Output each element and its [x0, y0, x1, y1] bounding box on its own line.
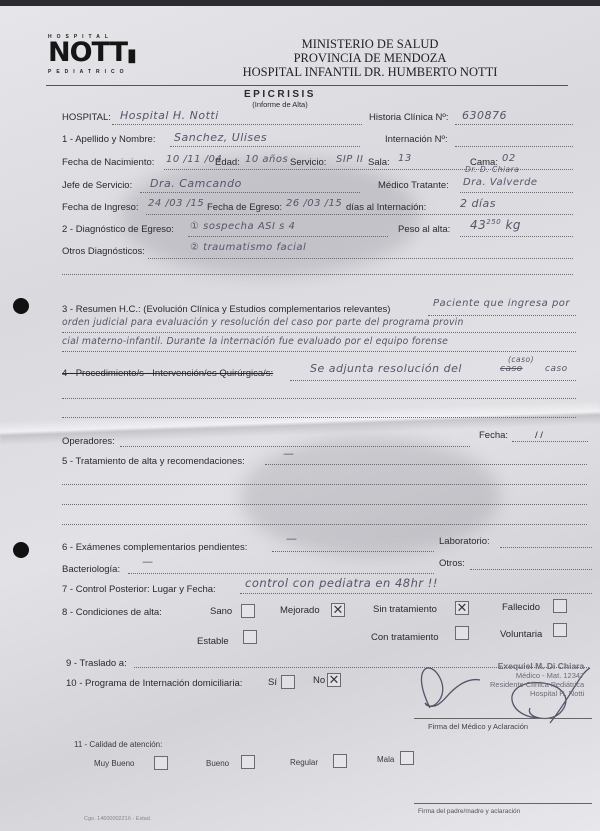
document-page: HOSPITAL NOTT▮ PEDIATRICO MINISTERIO DE …	[0, 6, 600, 831]
medico-field[interactable]: Dra. Valverde	[463, 177, 538, 188]
bueno-label: Bueno	[206, 759, 229, 768]
programa-si-checkbox[interactable]	[281, 675, 295, 689]
condiciones-label: 8 - Condiciones de alta:	[62, 607, 162, 618]
peso-value: 43	[470, 218, 486, 232]
programa-si-label: Sí	[268, 677, 277, 688]
resumen-line-1[interactable]: Paciente que ingresa por	[433, 298, 570, 309]
sin-tratamiento-label: Sin tratamiento	[373, 604, 437, 615]
nacimiento-field[interactable]: 10 /11 /04	[166, 154, 222, 165]
fallecido-checkbox[interactable]	[553, 599, 567, 613]
ministry-line: MINISTERIO DE SALUD	[200, 37, 540, 51]
examenes-line	[272, 551, 434, 552]
parent-signature-line	[414, 803, 592, 804]
control-label: 7 - Control Posterior: Lugar y Fecha:	[62, 584, 216, 595]
estable-checkbox[interactable]	[243, 630, 257, 644]
voluntaria-checkbox[interactable]	[553, 623, 567, 637]
apellido-line	[170, 146, 360, 147]
operadores-label: Operadores:	[62, 436, 115, 447]
tratamiento-line	[265, 464, 587, 465]
blank-line	[62, 524, 587, 525]
institution-header: MINISTERIO DE SALUD PROVINCIA DE MENDOZA…	[200, 37, 540, 79]
sano-checkbox[interactable]	[241, 604, 255, 618]
page-subtitle: (Informe de Alta)	[230, 100, 330, 109]
egreso-label: Fecha de Egreso:	[207, 202, 282, 213]
blank-line	[62, 504, 587, 505]
dias-label: días al Internación:	[346, 202, 426, 213]
apellido-label: 1 - Apellido y Nombre:	[62, 134, 155, 145]
otros-diag-field[interactable]: ② traumatismo facial	[190, 242, 306, 253]
page-title: EPICRISIS	[230, 89, 330, 100]
tratamiento-field[interactable]: —	[283, 447, 295, 460]
fallecido-label: Fallecido	[502, 602, 540, 613]
header-rule	[46, 85, 568, 86]
operadores-line	[120, 446, 470, 447]
mala-label: Mala	[377, 755, 394, 764]
parent-signature-caption: Firma del padre/madre y aclaración	[418, 808, 520, 815]
resumen-dots	[62, 332, 576, 333]
sala-field[interactable]: 13	[398, 153, 412, 164]
regular-checkbox[interactable]	[333, 754, 347, 768]
stamp-line: Residente Clínica Pediátrica	[490, 680, 584, 689]
control-field[interactable]: control con pediatra en 48hr !!	[245, 576, 438, 590]
otros-diag-label: Otros Diagnósticos:	[62, 246, 145, 257]
resumen-line-2[interactable]: orden judicial para evaluación y resoluc…	[62, 317, 464, 328]
peso-line	[460, 236, 573, 237]
jefe-label: Jefe de Servicio:	[62, 180, 132, 191]
edad-field[interactable]: 10 años	[245, 154, 288, 165]
peso-field[interactable]: 43250 kg	[470, 218, 521, 232]
logo-name-text: NOTT	[48, 37, 127, 68]
laboratorio-label: Laboratorio:	[439, 536, 490, 547]
sano-label: Sano	[210, 606, 232, 617]
stamp-line: Hospital H. Notti	[490, 689, 584, 698]
ingreso-field[interactable]: 24 /03 /15	[148, 198, 204, 209]
nacimiento-label: Fecha de Nacimiento:	[62, 157, 154, 168]
procedimiento-label: 4 - Procedimiento/s - Intervención/es Qu…	[62, 368, 273, 379]
otros-line	[470, 569, 592, 570]
bacteriologia-line	[128, 573, 434, 574]
peso-unit: kg	[505, 218, 521, 232]
fecha-label: Fecha:	[479, 430, 508, 441]
programa-label: 10 - Programa de Internación domiciliari…	[66, 678, 242, 689]
jefe-line	[140, 192, 360, 193]
hospital-logo: HOSPITAL NOTT▮ PEDIATRICO	[48, 34, 143, 75]
historia-label: Historia Clínica Nº:	[369, 112, 449, 123]
control-line	[240, 593, 592, 594]
logo-name: NOTT▮	[48, 40, 143, 69]
hospital-label: HOSPITAL:	[62, 112, 111, 123]
mejorado-label: Mejorado	[280, 605, 320, 616]
procedimiento-dots	[290, 380, 576, 381]
doctor-stamp: Exequiel M. Di Chiara Médico - Mat. 1234…	[490, 662, 584, 698]
stamp-line: Exequiel M. Di Chiara	[490, 662, 584, 671]
fecha-field[interactable]: / /	[535, 430, 543, 441]
mala-checkbox[interactable]	[400, 751, 414, 765]
punch-hole	[13, 542, 29, 558]
doctor-signature-line	[414, 718, 592, 719]
calidad-label: 11 - Calidad de atención:	[74, 740, 162, 749]
estable-label: Estable	[197, 636, 229, 647]
diagnostico-field[interactable]: ① sospecha ASI s 4	[190, 221, 295, 232]
diagnostico-line	[188, 236, 388, 237]
programa-no-checkbox[interactable]: ✕	[327, 673, 341, 687]
blank-line	[62, 274, 573, 275]
edad-label: Edad:	[215, 157, 240, 168]
procedimiento-struck: caso	[500, 364, 523, 374]
tratamiento-label: 5 - Tratamiento de alta y recomendacione…	[62, 456, 245, 467]
ingreso-label: Fecha de Ingreso:	[62, 202, 139, 213]
cama-field[interactable]: 02	[502, 153, 516, 164]
medico-annotation: Dr. D. Chiara	[465, 165, 519, 174]
procedimiento-annotation: (caso)	[508, 355, 534, 364]
stamp-line: Médico - Mat. 12347	[490, 671, 584, 680]
punch-hole	[13, 298, 29, 314]
procedimiento-tail: caso	[545, 364, 568, 374]
internacion-line	[455, 146, 573, 147]
examenes-field[interactable]: —	[286, 532, 298, 545]
procedimiento-field[interactable]: Se adjunta resolución del	[310, 362, 462, 375]
mejorado-checkbox[interactable]: ✕	[331, 603, 345, 617]
medico-label: Médico Tratante:	[378, 180, 449, 191]
bacteriologia-field[interactable]: —	[142, 555, 154, 568]
traslado-label: 9 - Traslado a:	[66, 658, 127, 669]
con-tratamiento-checkbox[interactable]	[455, 626, 469, 640]
sala-label: Sala:	[368, 157, 390, 168]
blank-line	[62, 484, 587, 485]
footer-code: Cgo. 1460000221б - Estad.	[84, 816, 151, 822]
doctor-signature-caption: Firma del Médico y Aclaración	[428, 722, 528, 731]
resumen-line-3[interactable]: cial materno-infantil. Durante la intern…	[62, 336, 448, 347]
resumen-dots	[62, 351, 576, 352]
muy-bueno-checkbox[interactable]	[154, 756, 168, 770]
apellido-field[interactable]: Sanchez, Ulises	[174, 131, 267, 144]
province-line: PROVINCIA DE MENDOZA	[200, 51, 540, 65]
voluntaria-label: Voluntaria	[500, 629, 542, 640]
internacion-label: Internación Nº:	[385, 134, 448, 145]
hospital-line: HOSPITAL INFANTIL DR. HUMBERTO NOTTI	[200, 65, 540, 79]
resumen-dots	[428, 315, 576, 316]
jefe-field[interactable]: Dra. Camcando	[150, 177, 242, 190]
ingreso-line	[146, 214, 573, 215]
regular-label: Regular	[290, 758, 318, 767]
egreso-field[interactable]: 26 /03 /15	[286, 198, 342, 209]
otros-diag-line	[148, 258, 573, 259]
diagnostico-label: 2 - Diagnóstico de Egreso:	[62, 224, 174, 235]
bacteriologia-label: Bacteriología:	[62, 564, 120, 575]
logo-flag-icon: ▮	[127, 45, 136, 66]
medico-line	[460, 192, 573, 193]
blank-line	[62, 398, 576, 399]
blank-line	[62, 417, 576, 418]
sin-tratamiento-checkbox[interactable]: ✕	[455, 601, 469, 615]
muy-bueno-label: Muy Bueno	[94, 759, 134, 768]
hospital-line	[112, 124, 362, 125]
programa-no-label: No	[313, 675, 325, 686]
hospital-field[interactable]: Hospital H. Notti	[120, 109, 219, 122]
historia-field[interactable]: 630876	[462, 109, 507, 122]
peso-label: Peso al alta:	[398, 224, 450, 235]
fecha-line	[512, 441, 588, 442]
historia-line	[455, 124, 573, 125]
examenes-label: 6 - Exámenes complementarios pendientes:	[62, 542, 247, 553]
peso-grams: 250	[486, 218, 501, 226]
con-tratamiento-label: Con tratamiento	[371, 632, 439, 643]
servicio-field[interactable]: SIP II	[336, 154, 363, 165]
servicio-label: Servicio:	[290, 157, 326, 168]
otros-label: Otros:	[439, 558, 465, 569]
bueno-checkbox[interactable]	[241, 755, 255, 769]
logo-bottom-text: PEDIATRICO	[48, 69, 143, 75]
resumen-label: 3 - Resumen H.C.: (Evolución Clínica y E…	[62, 304, 390, 315]
dias-field[interactable]: 2 días	[460, 197, 496, 210]
laboratorio-line	[500, 547, 592, 548]
